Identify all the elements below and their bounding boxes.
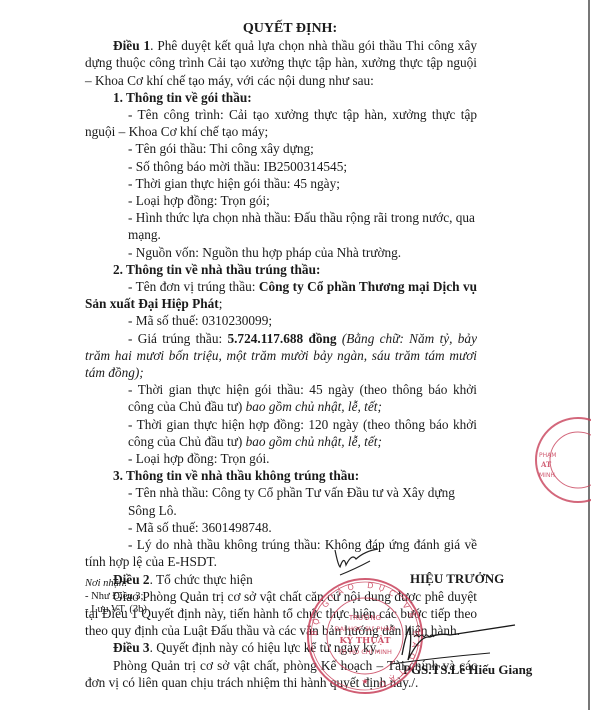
section-1-heading: 1. Thông tin về gói thầu: — [85, 89, 477, 106]
article-1-label: Điều 1 — [113, 38, 150, 53]
winning-price: 5.724.117.688 đồng — [227, 331, 336, 346]
section-1-item: - Loại hợp đồng: Trọn gói; — [85, 192, 477, 209]
package-duration: - Thời gian thực hiện gói thầu: 45 ngày … — [85, 381, 477, 415]
section-1-item: - Số thông báo mời thầu: IB2500314545; — [85, 158, 477, 175]
seal-line: TP. HỒ CHÍ MINH — [337, 646, 392, 656]
seal-line: KỸ THUẬT — [339, 634, 391, 646]
recipients-heading: Nơi nhận: — [85, 577, 147, 590]
principal-signature — [390, 615, 520, 680]
contract-duration: - Thời gian thực hiện hợp đồng: 120 ngày… — [85, 416, 477, 450]
page-edge-border — [588, 0, 590, 710]
recipient-item: - Như Điều 3; — [85, 590, 147, 603]
section-1-item: - Tên công trình: Cải tạo xưởng thực tập… — [85, 106, 477, 140]
document-page: QUYẾT ĐỊNH: Điều 1. Phê duyệt kết quả lự… — [0, 0, 591, 710]
article-1: Điều 1. Phê duyệt kết quả lựa chọn nhà t… — [85, 37, 477, 89]
svg-text:MINH: MINH — [539, 472, 555, 479]
section-3-item: - Tên nhà thầu: Công ty Cổ phần Tư vấn Đ… — [85, 484, 477, 518]
seal-line: ĐẠI HỌC SƯ PHẠM — [335, 625, 396, 633]
svg-text:★: ★ — [361, 677, 368, 686]
section-3-item: - Mã số thuế: 3601498748. — [85, 519, 477, 536]
winning-price-line: - Giá trúng thầu: 5.724.117.688 đồng (Bằ… — [85, 330, 477, 382]
section-1-item: - Thời gian thực hiện gói thầu: 45 ngày; — [85, 175, 477, 192]
seal-line: TRƯỜNG — [348, 613, 381, 622]
winner-name-line: - Tên đơn vị trúng thầu: Công ty Cổ phần… — [85, 278, 477, 312]
winner-tax-code: - Mã số thuế: 0310230099; — [85, 312, 477, 329]
section-1-item: - Hình thức lựa chọn nhà thầu: Đấu thầu … — [85, 209, 477, 243]
section-1-item: - Nguồn vốn: Nguồn thu hợp pháp của Nhà … — [85, 244, 477, 261]
svg-text:AT: AT — [540, 460, 552, 469]
svg-text:PHẠM: PHẠM — [539, 452, 556, 459]
decision-title: QUYẾT ĐỊNH: — [85, 20, 477, 37]
contract-type: - Loại hợp đồng: Trọn gói. — [85, 450, 477, 467]
section-2-heading: 2. Thông tin về nhà thầu trúng thầu: — [85, 261, 477, 278]
margin-seal-stamp: PHẠM AT MINH — [533, 415, 591, 505]
section-3-heading: 3. Thông tin về nhà thầu không trúng thầ… — [85, 467, 477, 484]
recipients-block: Nơi nhận: - Như Điều 3; - Lưu VT. (3b) — [85, 577, 147, 616]
recipient-item: - Lưu VT. (3b) — [85, 603, 147, 616]
rejection-reason: - Lý do nhà thầu không trúng thầu: Không… — [85, 536, 477, 570]
section-1-item: - Tên gói thầu: Thi công xây dựng; — [85, 140, 477, 157]
